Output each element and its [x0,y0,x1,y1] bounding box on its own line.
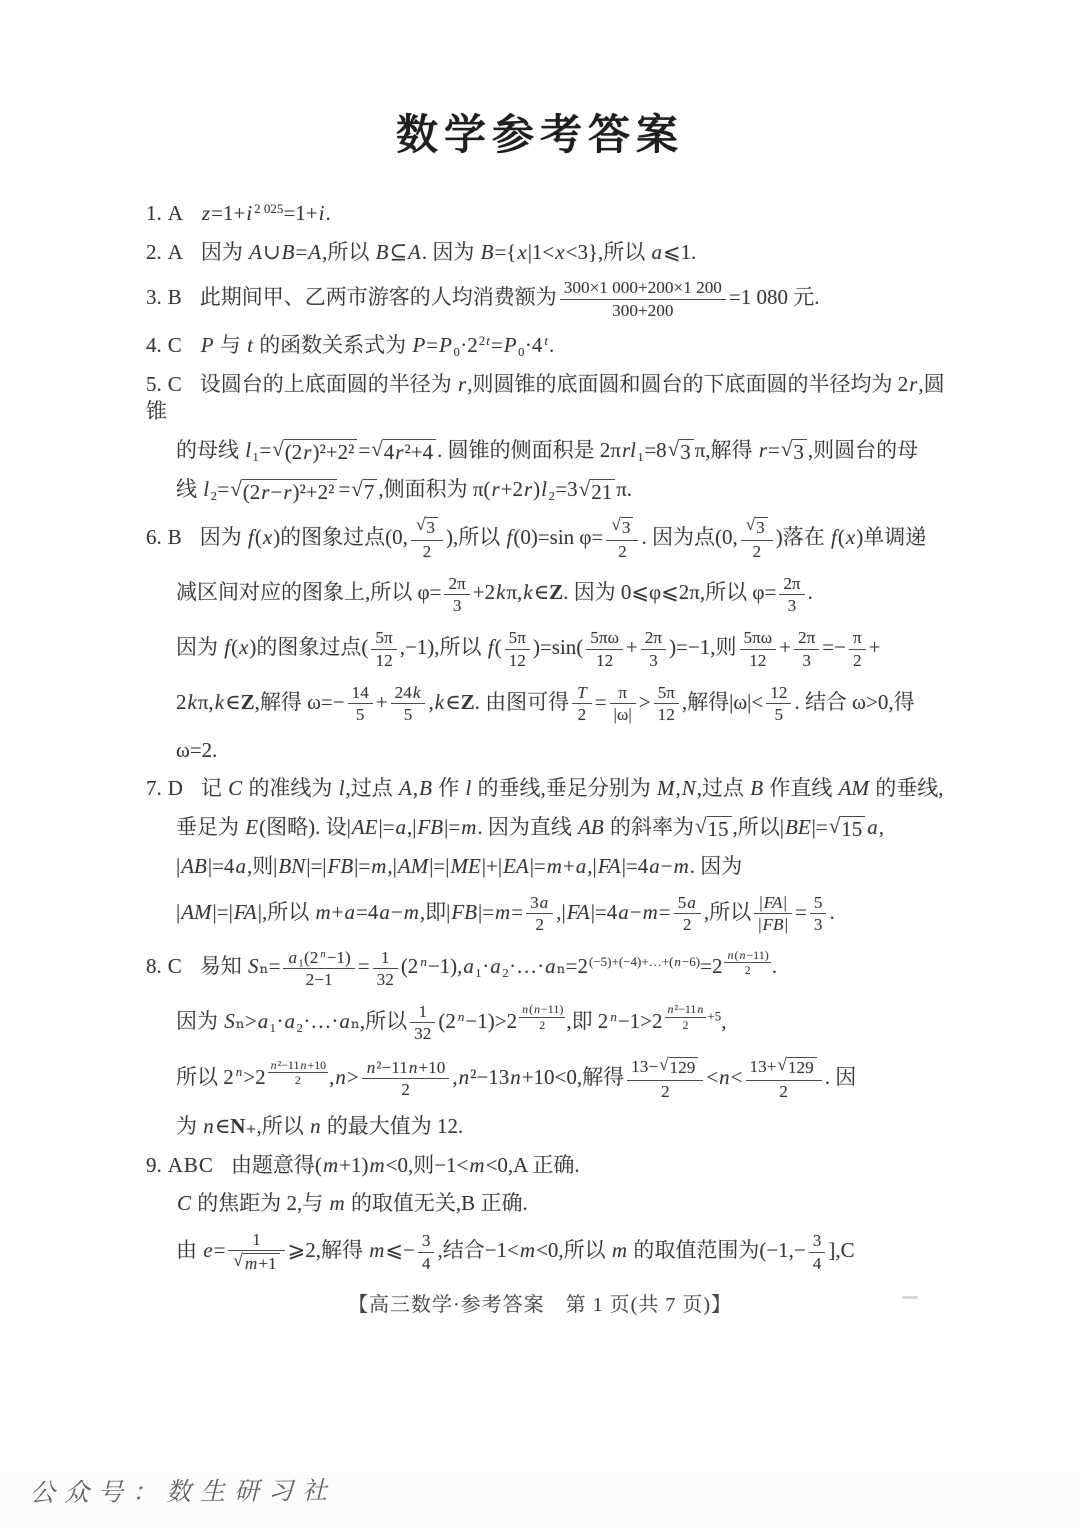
math-var: FB [416,815,444,839]
math-num: 2π [444,574,469,595]
math-content: 线 l₂=√(2r−r)²+2²=√7,侧面积为 π(r+2r)l₂=3√21π… [176,477,632,501]
math-var: a [648,854,661,878]
answer-item: 3.B此期间甲、乙两市游客的人均消费额为300×1 000+200×1 2003… [146,277,950,321]
math-var: P [438,333,453,357]
math-frac: 13+√1292 [746,1057,822,1101]
math-num: 1 [228,1230,284,1251]
answer-item: 4.CP 与 t 的函数关系式为 P=P₀·22t=P₀·4t. [146,332,950,360]
answer-line: 垂足为 E(图略). 设|AE|=a,|FB|=m. 因为直线 AB 的斜率为√… [146,814,950,842]
math-sqrt: √3 [416,517,438,539]
math-var: P [411,333,426,357]
math-sup: n²−11n+102 [267,1059,330,1088]
math-radbody: 15 [707,816,732,842]
math-var: a [539,893,550,912]
math-var: AB [180,854,208,878]
math-var: a [462,954,475,978]
math-num: 2π [794,628,819,649]
answer-number: 3. [146,284,162,312]
math-den: 3 [444,595,469,615]
math-radbody: 3 [755,517,768,539]
answer-choice: C [168,953,183,981]
math-sup: n [235,1065,244,1078]
math-den: 2 [665,1018,707,1032]
math-var: A [407,240,422,264]
math-var: P [503,333,518,357]
math-var: n [696,1002,704,1016]
math-var: x [845,525,856,549]
math-num: a₁(2n−1) [283,948,354,969]
math-var: BE [784,815,812,839]
math-frac: π|ω| [610,683,636,725]
answer-line: 7.D记 C 的准线为 l,过点 A,B 作 l 的垂线,垂足分别为 M,N,过… [146,775,950,803]
math-var: r [457,372,467,396]
math-rad: √ [233,1252,242,1270]
math-radbody: 129 [787,1057,817,1079]
math-num: n²−11n+10 [268,1059,329,1073]
math-content: 由题意得(m+1)m<0,则−1<m<0,A 正确. [231,1153,580,1177]
math-den: 5 [766,704,791,724]
math-sqrt: √m+1 [233,1253,279,1275]
math-var: r [523,477,533,501]
math-frac: 300×1 000+200×1 200300+200 [560,278,726,320]
math-var: l [244,438,252,462]
math-var: B [480,240,495,264]
scanned-answer-sheet-page: 数学参考答案 1.Az=1+i2 025=1+i.2.A因为 A∪B=A,所以 … [0,0,1080,1528]
math-var: n [718,1065,731,1089]
answer-line: 2.A因为 A∪B=A,所以 B⊆A. 因为 B={x|1<x<3},所以 a⩽… [146,239,950,267]
math-var: B [749,776,764,800]
answer-line: 8.C易知 Sₙ=a₁(2n−1)2−1=132(2n−1),a₁·a₂·…·a… [146,947,950,991]
math-num: 2π [779,574,804,595]
math-frac: √32 [606,517,638,561]
math-var: k [412,683,422,702]
answer-item: 9.ABC由题意得(m+1)m<0,则−1<m<0,A 正确.C 的焦距为 2,… [146,1152,950,1276]
answer-line: 2kπ,k∈Z,解得 ω=−145+24k5,k∈Z. 由图可得T2=π|ω|>… [146,682,950,726]
math-var: AB [577,815,605,839]
math-var: f [487,635,495,659]
math-num: 5π [654,683,679,704]
math-var: rl [621,438,637,462]
math-num: 14 [348,683,373,704]
math-frac: T2 [572,683,592,725]
math-content: |AB|=4a,则|BN|=|FB|=m,|AM|=|ME|+|EA|=m+a,… [176,854,742,878]
math-var: r [394,440,404,464]
math-num: √3 [606,517,638,541]
math-var: FA [566,900,591,924]
math-var: FA [233,900,258,924]
answer-choice: A [168,239,184,267]
math-var: i [318,201,326,225]
math-var: a [284,1009,297,1033]
math-rad: √ [351,478,363,500]
math-var: AM [838,776,870,800]
math-var: m [642,900,659,924]
math-var: t [485,333,491,348]
math-var: n [509,1065,522,1089]
answer-number: 8. [146,953,162,981]
math-var: n [726,948,734,962]
math-var: T [576,683,588,702]
math-frac: 2π3 [794,628,819,670]
math-var: FB [762,915,785,934]
math-sqrt: √15 [829,816,866,842]
math-var: z [201,201,211,225]
math-var: m [368,1238,385,1262]
math-var: n [202,1114,215,1138]
math-radbody: 4r²+4 [383,439,436,465]
math-var: x [262,525,273,549]
math-rad: √ [829,815,841,837]
math-num: 5πω [740,628,777,649]
answer-choice: C [168,371,183,399]
math-var: FB [327,854,355,878]
math-frac: 5πω12 [740,628,777,670]
math-sup: n [609,1010,618,1023]
math-var: a [395,815,408,839]
answer-number: 6. [146,524,162,552]
math-var: x [516,240,527,264]
math-sup: n²−11n2+5 [664,1003,722,1032]
answer-item: 6.B因为 f(x)的图象过点(0,√32),所以 f(0)=sin φ=√32… [146,516,950,765]
math-rad: √ [695,815,707,837]
math-var: f [506,525,514,549]
math-var: m [673,854,690,878]
math-var: k [187,690,198,714]
math-den: 3 [641,650,666,670]
math-var: m [244,1254,258,1273]
math-var: m [611,1238,628,1262]
math-sup: n [319,949,326,960]
math-frac: n²−11n+102 [362,1058,450,1100]
math-var: AM [180,900,212,924]
answers-list: 1.Az=1+i2 025=1+i.2.A因为 A∪B=A,所以 B⊆A. 因为… [146,200,950,1275]
math-content: C 的焦距为 2,与 m 的取值无关,B 正确. [176,1191,528,1215]
math-var: a [338,1009,351,1033]
answer-item: 1.Az=1+i2 025=1+i. [146,200,950,228]
math-radbody: 3 [792,439,807,465]
math-radbody: (2r−r)²+2² [242,479,338,505]
answer-choice: ABC [168,1152,214,1180]
math-frac: n(n−11)2 [519,1003,565,1032]
math-content: |AM|=|FA|,所以 m+a=4a−m,即|FB|=m=3a2,|FA|=4… [176,900,835,924]
math-num: 24k [391,683,426,704]
math-content: z=1+i2 025=1+i. [201,201,331,225]
math-var: a [866,815,879,839]
math-var: n [458,1065,471,1089]
answer-number: 7. [146,775,162,803]
math-var: r [908,372,918,396]
math-radbody: 15 [840,816,865,842]
math-var: n [319,948,326,960]
math-den: 12 [586,650,623,670]
math-rad: √ [272,438,284,460]
math-den: 2 [606,541,638,561]
math-rad: √ [746,516,755,534]
math-den: 2 [411,541,443,561]
math-var: l [338,776,346,800]
math-var: S [223,1009,236,1033]
math-radbody: 7 [363,479,378,505]
answer-item: 8.C易知 Sₙ=a₁(2n−1)2−1=132(2n−1),a₁·a₂·…·a… [146,947,950,1141]
answer-line: 3.B此期间甲、乙两市游客的人均消费额为300×1 000+200×1 2003… [146,277,950,321]
math-frac: 34 [809,1231,826,1273]
math-var: ME [449,854,481,878]
math-den: 5 [348,704,373,724]
math-frac: 5πω12 [586,628,623,670]
math-var: a [378,900,391,924]
math-var: m [494,900,511,924]
math-frac: n(n−11)2 [724,949,770,978]
math-num: n²−11n+10 [362,1058,450,1079]
math-var: k [522,580,533,604]
answer-number: 2. [146,239,162,267]
math-frac: 2π3 [444,574,469,616]
math-radbody: (2r)²+2² [284,439,358,465]
math-num: 300×1 000+200×1 200 [560,278,726,299]
math-var: A [248,240,263,264]
answer-line: C 的焦距为 2,与 m 的取值无关,B 正确. [146,1190,950,1218]
math-content: 因为 A∪B=A,所以 B⊆A. 因为 B={x|1<x<3},所以 a⩽1. [201,240,696,264]
math-sqrt: √129 [777,1057,816,1079]
math-sqrt: √(2r)²+2² [272,439,357,465]
math-frac: 132 [410,1002,435,1044]
math-frac: π2 [849,628,866,670]
math-content: 因为 f(x)的图象过点(5π12,−1),所以 f(5π12)=sin(5πω… [176,635,880,659]
answer-choice: A [168,200,184,228]
math-content: 因为 Sₙ>a₁·a₂·…·aₙ,所以132(2n−1)>2n(n−11)2,即… [176,1009,726,1033]
math-num: √3 [411,517,443,541]
math-den: 12 [740,650,777,670]
math-var: r [260,480,270,504]
math-var: k [434,690,445,714]
math-frac: n²−11n+102 [268,1059,329,1088]
math-num: √3 [741,517,773,541]
math-var: a [234,854,247,878]
page-title: 数学参考答案 [0,0,1080,162]
math-var: n [533,1002,541,1016]
math-frac: 13−√1292 [627,1057,703,1101]
math-var: m [403,900,420,924]
math-var: n [235,1064,244,1079]
math-bold: N [230,1114,245,1138]
math-radbody: 21 [590,479,615,505]
math-content: 所以 2n>2n²−11n+102,n>n²−11n+102,n²−13n+10… [176,1065,856,1089]
math-rad: √ [579,478,591,500]
math-rad: √ [230,478,242,500]
math-var: r [282,480,292,504]
math-frac: 125 [766,683,791,725]
math-radbody: m+1 [243,1253,280,1275]
answer-number: 5. [146,371,162,399]
math-var: n [457,1009,466,1024]
math-frac: 145 [348,683,373,725]
math-den: 2 [627,1081,703,1101]
math-num: 5 [810,893,827,914]
math-bold: Z [241,690,255,714]
math-den: 2 [724,963,770,977]
math-frac: 5π12 [371,628,396,670]
math-var: m [546,854,563,878]
math-var: m [314,900,331,924]
math-frac: 5a2 [674,893,701,935]
answer-line: 6.B因为 f(x)的图象过点(0,√32),所以 f(0)=sin φ=√32… [146,516,950,562]
math-sqrt: √3 [611,517,633,539]
math-frac: 2π3 [641,628,666,670]
math-num: |FA| [754,893,792,914]
math-num: 1 [410,1002,435,1023]
math-content: 由 e=1√m+1⩾2,解得 m⩽−34,结合−1<m<0,所以 m 的取值范围… [176,1238,855,1262]
math-var: l [540,477,548,501]
math-den: 2 [849,650,866,670]
math-frac: 5π12 [654,683,679,725]
math-var: r [758,438,768,462]
math-var: FA [597,854,622,878]
math-content: 易知 Sₙ=a₁(2n−1)2−1=132(2n−1),a₁·a₂·…·aₙ=2… [200,954,777,978]
math-den: 12 [505,650,530,670]
math-var: a [617,900,630,924]
math-rad: √ [416,516,425,534]
answer-line: 的母线 l₁=√(2r)²+2²=√4r²+4. 圆锥的侧面积是 2πrl₁=8… [146,437,950,465]
math-den: 12 [371,650,396,670]
math-den: √m+1 [228,1251,284,1274]
math-rad: √ [371,438,383,460]
math-var: n [673,954,682,969]
answer-number: 1. [146,200,162,228]
watermark-note: 公众号：数生研习社 [30,1471,336,1509]
math-radbody: 3 [425,517,438,539]
math-sqrt: √4r²+4 [371,439,436,465]
math-num: 5a [674,893,701,914]
math-sup: n(n−11)2 [723,949,771,978]
math-num: 12 [766,683,791,704]
math-sup: n [457,1010,466,1023]
answer-item: 7.D记 C 的准线为 l,过点 A,B 作 l 的垂线,垂足分别为 M,N,过… [146,775,950,935]
math-sup: t [543,334,549,347]
math-frac: 34 [418,1231,435,1273]
math-content: 此期间甲、乙两市游客的人均消费额为300×1 000+200×1 200300+… [200,285,820,309]
math-var: f [830,525,838,549]
math-den: 2 [741,541,773,561]
math-den: |ω| [610,704,636,724]
math-var: k [214,690,225,714]
math-var: P [200,333,215,357]
math-content: 垂足为 E(图略). 设|AE|=a,|FB|=m. 因为直线 AB 的斜率为√… [176,815,884,839]
math-num: n²−11n [665,1003,707,1017]
math-sqrt: √7 [351,479,377,505]
math-var: a [686,893,697,912]
math-frac: n²−11n2 [665,1003,707,1032]
math-num: T [572,683,592,704]
math-den: 3 [810,914,827,934]
math-frac: 53 [810,893,827,935]
math-var: k [495,580,506,604]
math-var: r [490,477,500,501]
math-frac: |FA||FB| [754,893,792,935]
scan-artifact [902,1296,918,1299]
math-frac: √32 [411,517,443,561]
math-content: ω=2. [176,738,217,762]
math-den: 2 [746,1081,822,1101]
answer-line: 减区间对应的图象上,所以 φ=2π3+2kπ,k∈Z. 因为 0⩽φ⩽2π,所以… [146,573,950,617]
math-var: r [302,440,312,464]
math-var: FB [450,900,478,924]
answer-line: |AB|=4a,则|BN|=|FB|=m,|AM|=|ME|+|EA|=m+a,… [146,853,950,881]
math-sqrt: √21 [579,479,616,505]
math-sup: n [419,955,428,968]
math-var: A [307,240,322,264]
math-var: m [460,815,477,839]
page-footer: 【高三数学·参考答案 第 1 页(共 7 页)】 [0,1288,1080,1317]
math-var: l [202,477,210,501]
math-num: 2π [641,628,666,649]
math-var: n [299,1058,307,1072]
math-var: a [651,240,664,264]
math-content: 减区间对应的图象上,所以 φ=2π3+2kπ,k∈Z. 因为 0⩽φ⩽2π,所以… [176,580,813,604]
math-var: FA [763,893,784,912]
math-den: 2 [526,914,553,934]
math-num: 13−√129 [627,1057,703,1081]
math-num: 5π [505,628,530,649]
math-sqrt: √3 [781,439,807,465]
math-rad: √ [659,1056,668,1074]
math-content: 2kπ,k∈Z,解得 ω=−145+24k5,k∈Z. 由图可得T2=π|ω|>… [176,690,915,714]
math-num: 3 [809,1231,826,1252]
math-var: t [543,333,549,348]
math-num: π [610,683,636,704]
math-den: 4 [809,1253,826,1273]
answer-line: |AM|=|FA|,所以 m+a=4a−m,即|FB|=m=3a2,|FA|=4… [146,892,950,936]
math-content: 记 C 的准线为 l,过点 A,B 作 l 的垂线,垂足分别为 M,N,过点 B… [201,776,944,800]
math-num: 5πω [586,628,623,649]
answer-line: 所以 2n>2n²−11n+102,n>n²−11n+102,n²−13n+10… [146,1056,950,1102]
math-den: 2 [268,1073,329,1087]
math-var: C [176,1191,192,1215]
answer-item: 5.C设圆台的上底面圆的半径为 r,则圆锥的底面圆和圆台的下底面圆的半径均为 2… [146,371,950,505]
math-sup: 2 025 [254,202,283,215]
math-num: 3a [526,893,553,914]
math-den: 32 [410,1023,435,1043]
math-var: f [247,525,255,549]
math-var: a [344,900,357,924]
math-frac: 1√m+1 [228,1230,284,1274]
math-frac: a₁(2n−1)2−1 [283,948,354,990]
math-frac: 132 [373,948,398,990]
answer-choice: B [168,284,183,312]
math-num: 13+√129 [746,1057,822,1081]
math-var: a [257,1009,270,1033]
math-var: a [287,948,298,967]
math-num: 1 [373,948,398,969]
math-content: P 与 t 的函数关系式为 P=P₀·22t=P₀·4t. [200,333,555,357]
math-sup: (−5)+(−4)+…+(n−6) [589,955,700,968]
math-rad: √ [611,516,620,534]
math-num: 5π [371,628,396,649]
math-var: N [681,776,697,800]
math-var: C [227,776,243,800]
math-var: t [246,333,254,357]
math-var: m [329,1191,346,1215]
answer-line: 因为 Sₙ>a₁·a₂·…·aₙ,所以132(2n−1)>2n(n−11)2,即… [146,1001,950,1045]
math-var: i [245,201,253,225]
math-num: n(n−11) [519,1003,565,1017]
math-var: m [468,1153,485,1177]
math-var: n [738,948,746,962]
answer-line: 因为 f(x)的图象过点(5π12,−1),所以 f(5π12)=sin(5πω… [146,627,950,671]
math-frac: √32 [741,517,773,561]
answer-line: 4.CP 与 t 的函数关系式为 P=P₀·22t=P₀·4t. [146,332,950,360]
math-sup: n(n−11)2 [518,1003,566,1032]
math-var: B [281,240,296,264]
